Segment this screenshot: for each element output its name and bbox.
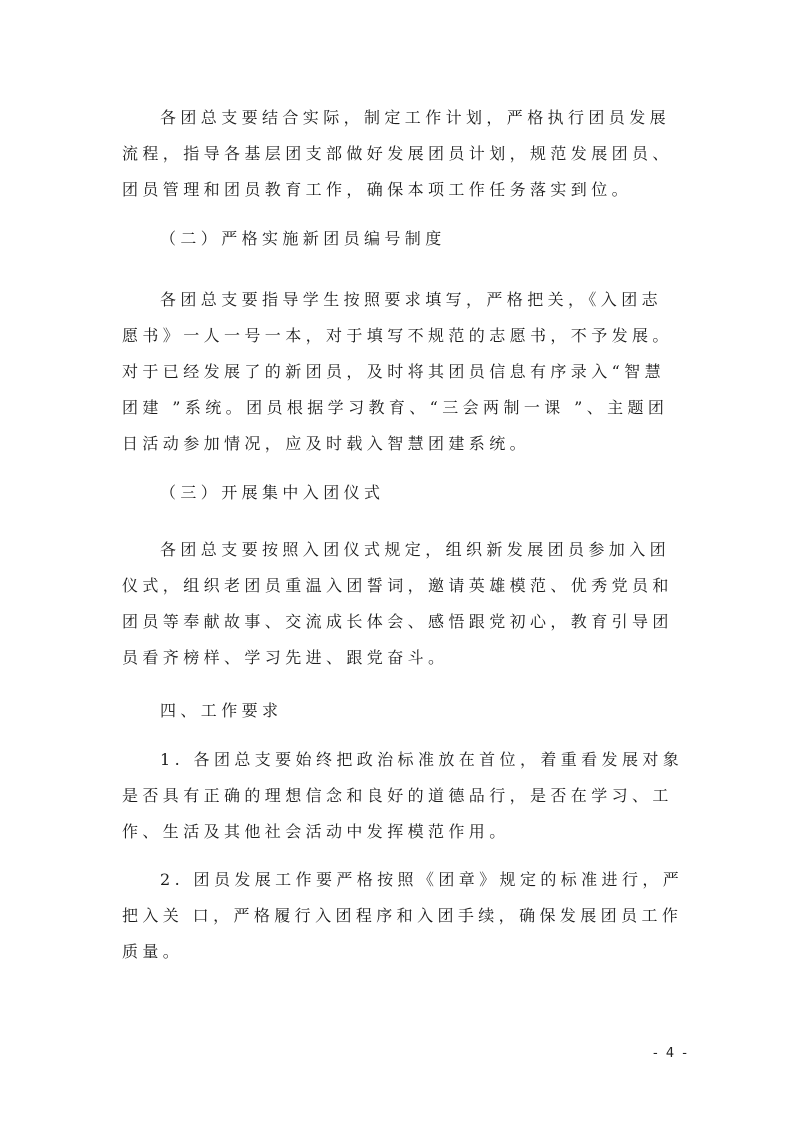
section-heading-4: 四、工作要求 [160,701,282,721]
paragraph-1-line-2: 流程，指导各基层团支部做好发展团员计划，规范发展团员、 [122,144,673,164]
paragraph-1-line-3: 团员管理和团员教育工作，确保本项工作任务落实到位。 [122,180,632,200]
paragraph-3-line-1: 各团总支要按照入团仪式规定，组织新发展团员参加入团 [160,540,670,560]
requirement-2-line-2: 把入关 口，严格履行入团程序和入团手续，确保发展团员工作 [122,906,682,926]
paragraph-2-line-3: 对于已经发展了的新团员，及时将其团员信息有序录入“智慧 [122,362,665,382]
paragraph-2-line-4: 团建 ”系统。团员根据学习教育、“三会两制一课 ”、主题团 [122,398,668,418]
paragraph-2-line-1: 各团总支要指导学生按照要求填写，严格把关，《入团志 [160,290,662,310]
paragraph-3-line-3: 团员等奉献故事、交流成长体会、感悟跟党初心，教育引导团 [122,612,673,632]
section-heading-2: （二）严格实施新团员编号制度 [160,229,446,249]
section-heading-3: （三）开展集中入团仪式 [160,483,384,503]
paragraph-2-line-5: 日活动参加情况，应及时载入智慧团建系统。 [122,434,530,454]
paragraph-1-line-1: 各团总支要结合实际，制定工作计划，严格执行团员发展 [160,108,670,128]
paragraph-3-line-4: 员看齐榜样、学习先进、跟党奋斗。 [122,648,448,668]
paragraph-3-line-2: 仪式，组织老团员重温入团誓词，邀请英雄模范、优秀党员和 [122,576,673,596]
requirement-1-line-3: 作、生活及其他社会活动中发挥模范作用。 [122,822,510,842]
page-number: - 4 - [653,1046,689,1061]
requirement-1-line-2: 是否具有正确的理想信念和良好的道德品行，是否在学习、工 [122,786,673,806]
paragraph-2-line-2: 愿书》一人一号一本，对于填写不规范的志愿书，不予发展。 [122,326,673,346]
requirement-2-line-1: 2. 团员发展工作要严格按照《团章》规定的标准进行，严 [160,870,683,890]
requirement-2-line-3: 质量。 [122,942,183,962]
requirement-1-line-1: 1. 各团总支要始终把政治标准放在首位，着重看发展对象 [160,750,683,770]
